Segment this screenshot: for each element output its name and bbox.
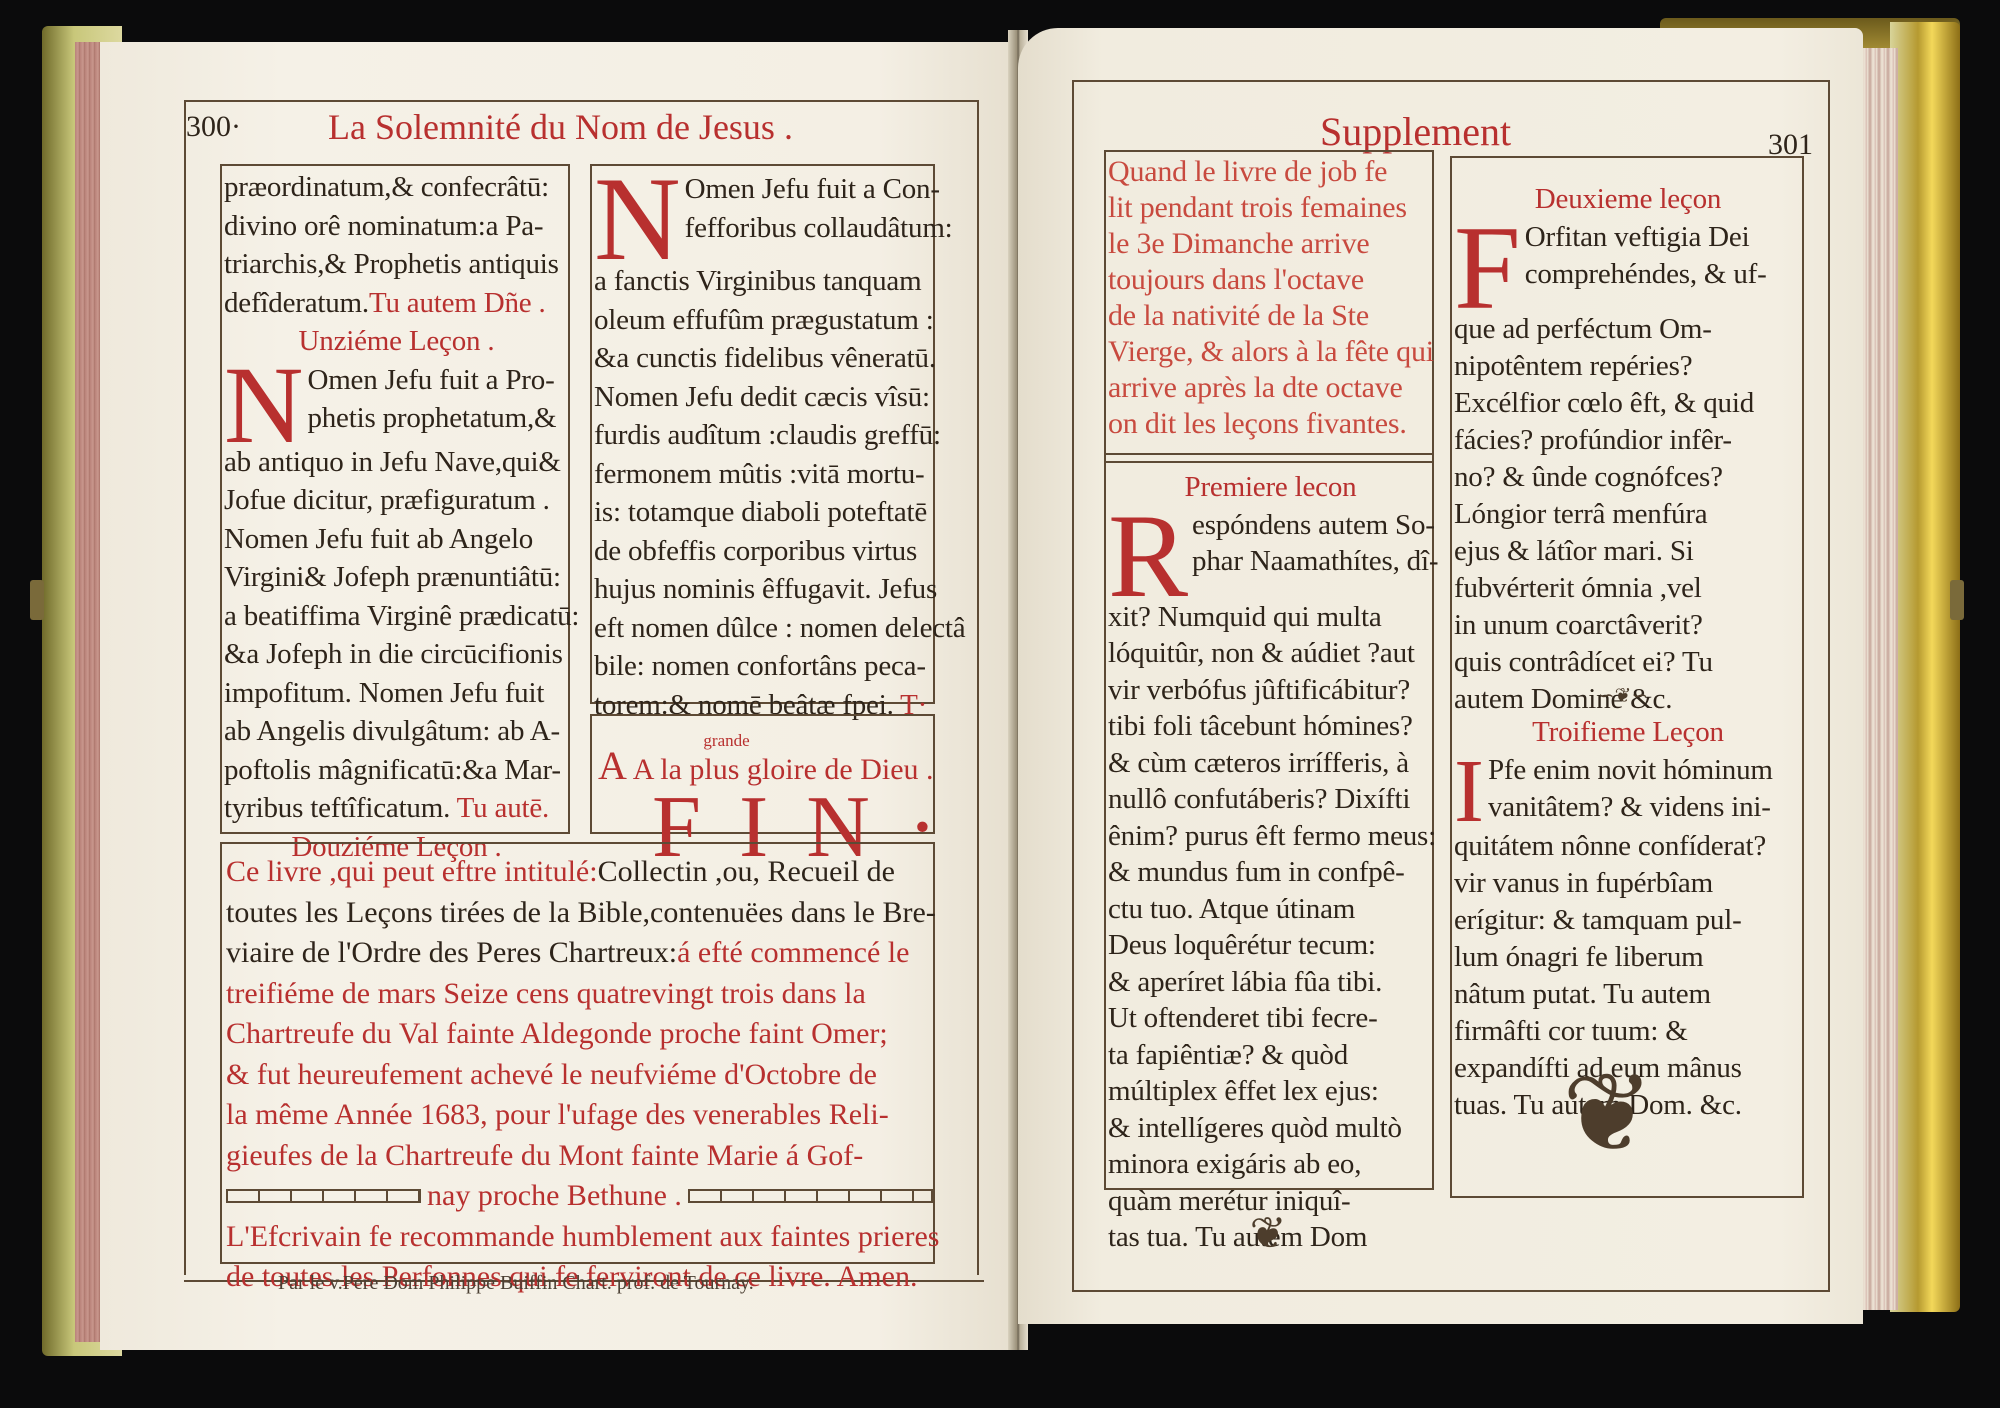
lesson-1: Premiere lecon R espóndens autem So- pha… (1108, 468, 1433, 1256)
text-line: eft nomen dûlce : nomen delectâ (594, 609, 934, 648)
text-line: hujus nominis êffugavit. Jefus (594, 570, 934, 609)
colophon-text: viaire de l'Ordre des Peres Chartreux: (226, 936, 677, 969)
running-head: La Solemnité du Nom de Jesus . (328, 106, 793, 148)
text-line: Jofue dicitur, præfiguratum . (224, 481, 569, 520)
text-line: &a Jofeph in die circūcifionis (224, 635, 569, 674)
text-line: lóquitûr, non & aúdiet ?aut (1108, 635, 1433, 672)
text-line: bile: nomen confortâns peca- (594, 647, 934, 686)
text-line: Nomen Jefu fuit ab Angelo (224, 520, 569, 559)
text-line: Nomen Jefu dedit cæcis vîsū: (594, 378, 934, 417)
text-line: ab Angelis divulgâtum: ab A- (224, 712, 569, 751)
text-line: ejus & látîor mari. Si (1454, 533, 1802, 570)
prayer-line: L'Efcrivain fe recommande humblement aux… (226, 1217, 934, 1258)
column-2: N Omen Jefu fuit a Con- fefforibus colla… (594, 170, 934, 724)
text-line: impofitum. Nomen Jefu fuit (224, 674, 569, 713)
text-line: ctu tuo. Atque útinam (1108, 891, 1433, 928)
rubric-line: Quand le livre de job fe (1108, 154, 1433, 190)
colophon-rubric: Chartreufe du Val fainte Aldegonde proch… (226, 1014, 934, 1055)
text-line: ênim? purus êft fermo meus: (1108, 818, 1433, 855)
rubric-text: Tu autem Dñe . (369, 287, 546, 319)
rubric-line: lit pendant trois femaines (1108, 190, 1433, 226)
text-line: múltiplex êffet lex ejus: (1108, 1073, 1433, 1110)
rubric-text: Tu autē. (457, 792, 549, 824)
colophon-text: toutes les Leçons tirées de la Bible,con… (226, 893, 934, 934)
text-line: firmâfti cor tuum: & (1454, 1013, 1802, 1050)
rubric-line: toujours dans l'octave (1108, 262, 1433, 298)
clasp-right (1950, 580, 1964, 620)
lesson-2: Deuxieme leçon F Orfitan veftigia Dei co… (1454, 180, 1802, 718)
text-line: nullô confutáberis? Dixífti (1108, 781, 1433, 818)
rubric-line: Vierge, & alors à la fête qui (1108, 334, 1433, 370)
text-line: triarchis,& Prophetis antiquis (224, 245, 569, 284)
text-line: & cùm cæteros irrífferis, à (1108, 745, 1433, 782)
text-line: a beatiffima Virginê prædicatū: (224, 597, 569, 636)
text-line: fubvérterit ómnia ,vel (1454, 570, 1802, 607)
lesson-heading: Troifieme Leçon (1454, 713, 1802, 752)
text-line: tibi foli tâcebunt hómines? (1108, 708, 1433, 745)
text-line: vanitâtem? & videns ini- (1454, 789, 1802, 826)
lesson-11: N Omen Jefu fuit a Pro- phetis prophetat… (224, 361, 569, 828)
rubric-line: on dit les leçons fivantes. (1108, 406, 1433, 442)
text-line: xit? Numquid qui multa (1108, 599, 1433, 636)
left-page: 300· La Solemnité du Nom de Jesus . præo… (100, 42, 1015, 1350)
text-line: que ad perféctum Om- (1454, 311, 1802, 348)
folio-number: 300· (186, 110, 241, 144)
text-line: no? & ûnde cognófces? (1454, 459, 1802, 496)
clasp-left (30, 580, 44, 620)
text-line: lum ónagri fe liberum (1454, 939, 1802, 976)
colophon-text: Collectin ,ou, Recueil de (598, 855, 895, 888)
drop-capital: R (1108, 509, 1188, 599)
text-line: & intellígeres quòd multò (1108, 1110, 1433, 1147)
text-line: quitátem nônne confíderat? (1454, 828, 1802, 865)
colophon: Ce livre ,qui peut eftre intitulé:Collec… (226, 852, 934, 1298)
text-line: poftolis mâgnificatū:&a Mar- (224, 751, 569, 790)
text-line: minora exigáris ab eo, (1108, 1146, 1433, 1183)
interlinear-insertion: grande (703, 731, 749, 751)
text-line: & aperíret lábia fûa tibi. (1108, 964, 1433, 1001)
page-block-edge-right (1858, 48, 1898, 1310)
rubric-instruction: Quand le livre de job fe lit pendant tro… (1108, 154, 1433, 442)
text-line: erígitur: & tamquam pul- (1454, 902, 1802, 939)
text-line: Virgini& Jofeph prænuntiâtū: (224, 558, 569, 597)
text-line: quis contrâdícet ei? Tu (1454, 644, 1802, 681)
column-1: præordinatum,& confecrâtū: divino orê no… (224, 168, 569, 866)
rubric-separator (1104, 453, 1434, 455)
colophon-rubric: á efté commencé le (677, 936, 909, 969)
text-line: oleum effufûm prægustatum : (594, 301, 934, 340)
rubric-line: de la nativité de la Ste (1108, 298, 1433, 334)
text-line: Deus loquêrétur tecum: (1108, 927, 1433, 964)
text-line: Lóngior terrâ menfúra (1454, 496, 1802, 533)
colophon-rubric: treifiéme de mars Seize cens quatrevingt… (226, 974, 934, 1015)
rubric-separator (1104, 461, 1434, 463)
colophon-rubric: nay proche Bethune . (427, 1176, 682, 1217)
text-line: tyribus teftîficatum. (224, 792, 450, 824)
text-line: de obfeffis corporibus virtus (594, 532, 934, 571)
scribe-signature: Par le v.Pere Dom Philippe Buiffin Chart… (278, 1272, 754, 1295)
text-line: præordinatum,& confecrâtū: (224, 168, 569, 207)
line-filler-bar (688, 1189, 933, 1203)
tailpiece-ornament-icon: ❦ (1218, 1208, 1318, 1259)
running-head: Supplement (1320, 108, 1511, 155)
text-line: & mundus fum in confpê- (1108, 854, 1433, 891)
text-line: Ut oftenderet tibi fecre- (1108, 1000, 1433, 1037)
colophon-rubric: gieufes de la Chartreufe du Mont fainte … (226, 1136, 934, 1177)
rubric-line: le 3e Dimanche arrive (1108, 226, 1433, 262)
tailpiece-ornament-large-icon: ❦ (1533, 1058, 1683, 1168)
text-line: fácies? profúndior infêr- (1454, 422, 1802, 459)
text-line: vir vanus in fupérbîam (1454, 865, 1802, 902)
drop-capital: F (1454, 221, 1521, 311)
gilt-edge-right (1890, 22, 1960, 1312)
text-line: nâtum putat. Tu autem (1454, 976, 1802, 1013)
text-line: in unum coarctâverit? (1454, 607, 1802, 644)
colophon-rubric: & fut heureufement achevé le neufviéme d… (226, 1055, 934, 1096)
text-line: defîderatum. (224, 287, 369, 319)
colophon-rubric: Ce livre ,qui peut eftre intitulé: (226, 855, 598, 888)
text-line: nipotêntem repéries? (1454, 348, 1802, 385)
text-line: ab antiquo in Jefu Nave,qui& (224, 443, 569, 482)
text-line: a fanctis Virginibus tanquam (594, 262, 934, 301)
text-line: divino orê nominatum:a Pa- (224, 207, 569, 246)
divider-ornament-icon: ∽❦∽ (1578, 683, 1668, 707)
text-line: is: totamque diaboli poteftatē (594, 493, 934, 532)
drop-capital: N (594, 172, 681, 262)
text-line: Pfe enim novit hóminum (1454, 752, 1802, 789)
drop-capital: I (1454, 754, 1484, 828)
text-line: Excélfior cœlo êft, & quid (1454, 385, 1802, 422)
text-line: furdis audîtum :claudis greffū: (594, 416, 934, 455)
right-page: Supplement 301 Quand le livre de job fe … (1018, 28, 1863, 1324)
text-line: fermonem mûtis :vitā mortu- (594, 455, 934, 494)
drop-capital: N (224, 363, 303, 443)
rubric-line: arrive après la dte octave (1108, 370, 1433, 406)
colophon-rubric: la même Année 1683, pour l'ufage des ven… (226, 1095, 934, 1136)
text-line: &a cunctis fidelibus vêneratū. (594, 339, 934, 378)
text-line: ta fapiêntiæ? & quòd (1108, 1037, 1433, 1074)
text-line: vir verbófus jûftificábitur? (1108, 672, 1433, 709)
line-filler-bar (226, 1189, 421, 1203)
